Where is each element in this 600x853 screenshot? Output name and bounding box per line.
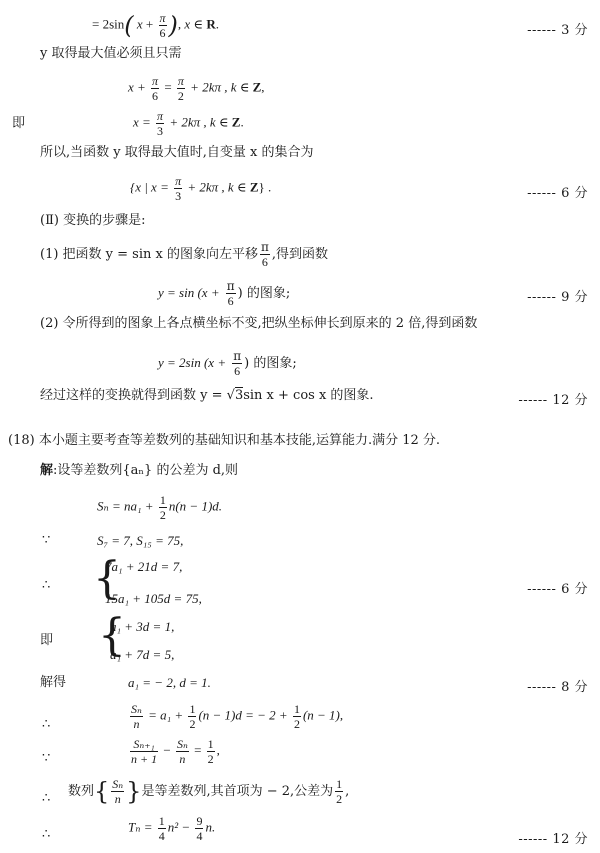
score-8: ------ 8 分	[527, 676, 588, 695]
text-max-condition: y 取得最大值必须且只需	[40, 45, 181, 63]
equation-sin-shift: y = sin (x + π6) 的图象;	[158, 280, 290, 307]
fraction-sn-n: Sₙn	[130, 703, 143, 730]
heading-part-ii: (Ⅱ) 变换的步骤是:	[40, 212, 146, 230]
simplified-eq-2: a₁ + 7d = 5,	[110, 646, 174, 664]
score-6: ------ 6 分	[527, 182, 588, 201]
solution-label: 解	[40, 463, 53, 478]
system-eq-2: 15a₁ + 105d = 75,	[105, 590, 202, 608]
label-namely: 即	[40, 632, 53, 650]
tn-formula: Tₙ = 14n² − 94n.	[128, 815, 215, 842]
fraction-sn-n: Sₙn	[176, 738, 189, 765]
problem-18-header: (18) 本小题主要考查等差数列的基础知识和基本技能,运算能力.满分 12 分.	[8, 432, 440, 450]
equation-x-solution: x = π3 + 2kπ , k ∈ Z.	[133, 110, 244, 137]
therefore-symbol: ∴	[42, 826, 50, 844]
therefore-symbol: ∴	[42, 790, 50, 808]
score-12b: ------ 12 分	[518, 828, 588, 847]
paren-open: (	[124, 12, 133, 40]
equation-2sin-shift: y = 2sin (x + π6) 的图象;	[158, 350, 297, 377]
difference-equation: Sₙ₊₁n + 1 − Sₙn = 12,	[128, 738, 220, 765]
therefore-symbol: ∴	[42, 577, 50, 595]
fraction-1-2: 12	[293, 703, 301, 730]
fraction-sn1-n1: Sₙ₊₁n + 1	[130, 738, 158, 765]
step-1: (1) 把函数 y = sin x 的图象向左平移π6,得到函数	[40, 241, 328, 268]
arithmetic-sequence-conclusion: 数列{Sₙn}是等差数列,其首项为 − 2,公差为12,	[68, 778, 349, 805]
score-12: ------ 12 分	[518, 389, 588, 408]
equation-max: x + π6 = π2 + 2kπ , k ∈ Z,	[128, 75, 265, 102]
integers-symbol: Z	[253, 79, 262, 94]
system-eq-1: 7a₁ + 21d = 7,	[105, 558, 182, 576]
reals-symbol: R	[206, 16, 215, 31]
fraction-pi-6: π6	[151, 75, 159, 102]
domain-text: , x ∈	[178, 16, 206, 31]
simplified-eq-1: a₁ + 3d = 1,	[110, 618, 174, 636]
given-values: S₇ = 7, S₁₅ = 75,	[97, 532, 183, 550]
sn-formula: Sₙ = na₁ + 12n(n − 1)d.	[97, 494, 222, 521]
fraction-sn-n: Sₙn	[111, 778, 124, 805]
fraction-1-2: 12	[335, 778, 343, 805]
fraction-pi-6: π6	[232, 350, 242, 377]
brace-open: {	[94, 778, 109, 806]
text-set-intro: 所以,当函数 y 取得最大值时,自变量 x 的集合为	[40, 144, 313, 162]
eq-prefix: = 2sin	[92, 16, 124, 31]
plus: +	[146, 16, 153, 31]
equation-set: {x | x = π3 + 2kπ , k ∈ Z} .	[130, 175, 271, 202]
label-namely: 即	[12, 115, 25, 133]
var-x: x	[137, 16, 143, 31]
because-symbol: ∵	[42, 532, 50, 550]
equation-2sin: = 2sin( x + π6), x ∈ R.	[92, 12, 219, 39]
because-symbol: ∵	[42, 750, 50, 768]
fraction-1-2: 12	[188, 703, 196, 730]
fraction-9-4: 94	[195, 815, 203, 842]
conclusion-part-ii: 经过这样的变换就得到函数 y = √3sin x + cos x 的图象.	[40, 387, 374, 405]
sqrt-icon: √	[227, 388, 235, 403]
label-solved: 解得	[40, 674, 66, 692]
step-2: (2) 令所得到的图象上各点横坐标不变,把纵坐标伸长到原来的 2 倍,得到函数	[40, 315, 477, 333]
paren-close: )	[169, 12, 178, 40]
score-6b: ------ 6 分	[527, 578, 588, 597]
fraction-pi-6: π6	[260, 241, 270, 268]
score-9: ------ 9 分	[527, 286, 588, 305]
fraction-pi-6: π6	[159, 12, 167, 39]
fraction-1-2: 12	[159, 494, 167, 521]
sn-over-n-equation: Sₙn = a₁ + 12(n − 1)d = − 2 + 12(n − 1),	[128, 703, 343, 730]
fraction-pi-3: π3	[174, 175, 182, 202]
score-3: ------ 3 分	[527, 19, 588, 38]
fraction-pi-3: π3	[156, 110, 164, 137]
fraction-1-4: 14	[158, 815, 166, 842]
therefore-symbol: ∴	[42, 716, 50, 734]
fraction-1-2: 12	[207, 738, 215, 765]
fraction-pi-6: π6	[226, 280, 236, 307]
fraction-pi-2: π2	[177, 75, 185, 102]
solution-values: a₁ = − 2, d = 1.	[128, 674, 211, 692]
solution-intro: 解:设等差数列{aₙ} 的公差为 d,则	[40, 462, 238, 480]
brace-close: }	[126, 778, 141, 806]
